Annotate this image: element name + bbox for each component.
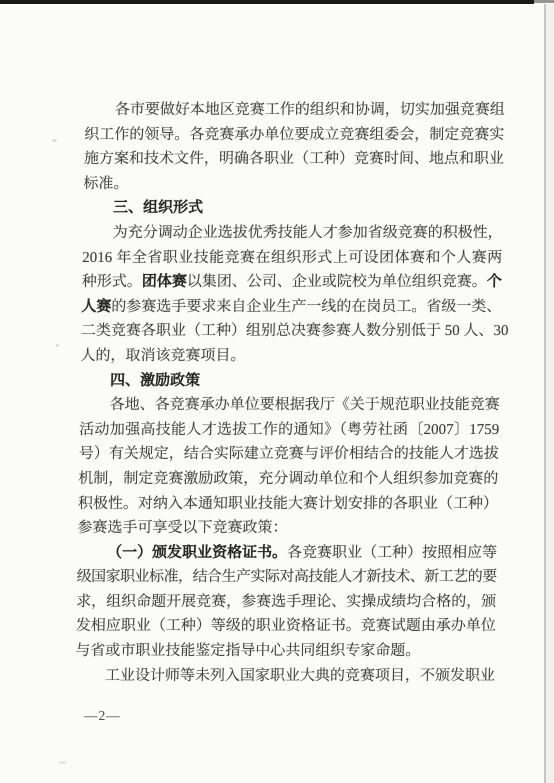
text-line: 人的，取消该竞赛项目。 — [80, 344, 500, 369]
text-line: 级国家职业标准，结合生产实际对高技能人才新技术、新工艺的要 — [76, 565, 496, 590]
text-segment: 为充分调动企业选拔优秀技能人才参加省级竞赛的积极性， — [113, 225, 503, 241]
text-segment: 的参赛选手要求来自企业生产一线的在岗员工。省级一类、 — [111, 299, 501, 315]
text-line: 标准。 — [83, 172, 503, 197]
text-segment: 求，组织命题开展竞赛，参赛选手理论、实操成绩均合格的，颁 — [76, 594, 496, 610]
page-number: —2— — [84, 708, 121, 724]
text-segment-bold: （一）颁发职业资格证书。 — [107, 545, 287, 561]
text-segment: 以集团、公司、企业或院校为单位组织竞赛。 — [187, 274, 487, 290]
text-segment: 织工作的领导。各竞赛承办单位要成立竞赛组委会，制定竞赛实 — [84, 127, 504, 143]
text-segment: 级国家职业标准，结合生产实际对高技能人才新技术、新工艺的要 — [76, 569, 496, 585]
text-line: 积极性。对纳入本通知职业技能大赛计划安排的各职业（工种） — [78, 492, 498, 517]
text-segment: 2016 年全省职业技能竞赛在组织形式上可设团体赛和个人赛两 — [82, 250, 502, 266]
text-segment: 机制，制定竞赛激励政策，充分调动单位和个人组织参加竞赛的 — [78, 471, 498, 487]
text-line: 人赛的参赛选手要求来自企业生产一线的在岗员工。省级一类、 — [81, 295, 501, 320]
text-segment-bold: 个 — [487, 274, 502, 290]
text-line: 求，组织命题开展竞赛，参赛选手理论、实操成绩均合格的，颁 — [76, 590, 496, 615]
text-segment: 发相应职业（工种）等级的职业资格证书。竞赛试题由承办单位 — [76, 618, 496, 634]
text-line: 种形式。团体赛以集团、公司、企业或院校为单位组织竞赛。个 — [82, 270, 502, 295]
text-segment: 与省或市职业技能鉴定指导中心共同组织专家命题。 — [75, 643, 420, 659]
scan-speck — [56, 344, 59, 347]
text-line: 四、激励政策 — [80, 369, 500, 394]
text-segment: 各地、各竞赛承办单位要根据我厅《关于规范职业技能竞赛 — [109, 397, 499, 413]
text-segment: 施方案和技术文件，明确各职业（工种）竞赛时间、地点和职业 — [84, 151, 504, 167]
text-segment: 活动加强高技能人才选拔工作的通知》（粤劳社函〔2007〕1759 — [79, 422, 499, 438]
text-line: 号）有关规定，结合实际建立竞赛与评价相结合的技能人才选拔 — [79, 442, 499, 467]
text-line: 各市要做好本地区竞赛工作的组织和协调，切实加强竞赛组 — [85, 98, 505, 123]
document-text: 各市要做好本地区竞赛工作的组织和协调，切实加强竞赛组织工作的领导。各竞赛承办单位… — [75, 98, 505, 688]
text-line: 2016 年全省职业技能竞赛在组织形式上可设团体赛和个人赛两 — [82, 246, 502, 271]
text-segment: 种形式。 — [82, 274, 142, 290]
text-segment: 二类竞赛各职业（工种）组别总决赛参赛人数分别低于 50 人、30 — [81, 323, 509, 339]
text-segment: 标准。 — [83, 176, 128, 192]
text-line: （一）颁发职业资格证书。各竞赛职业（工种）按照相应等 — [77, 541, 497, 566]
text-segment-bold: 团体赛 — [142, 274, 187, 290]
scan-speck — [58, 761, 67, 764]
text-line: 施方案和技术文件，明确各职业（工种）竞赛时间、地点和职业 — [84, 147, 504, 172]
text-segment: 各市要做好本地区竞赛工作的组织和协调，切实加强竞赛组 — [115, 102, 505, 118]
text-line: 二类竞赛各职业（工种）组别总决赛参赛人数分别低于 50 人、30 — [81, 319, 501, 344]
text-line: 织工作的领导。各竞赛承办单位要成立竞赛组委会，制定竞赛实 — [84, 123, 504, 148]
text-segment-bold: 人赛 — [81, 299, 111, 315]
text-line: 三、组织形式 — [83, 196, 503, 221]
text-segment: 各竞赛职业（工种）按照相应等 — [287, 545, 497, 561]
text-line: 工业设计师等未列入国家职业大典的竞赛项目，不颁发职业 — [75, 664, 495, 689]
scan-edge-strip-light — [534, 0, 554, 3]
scan-edge-strip — [0, 0, 534, 4]
text-segment: 参赛选手可享受以下竞赛政策： — [77, 520, 287, 536]
text-segment: 工业设计师等未列入国家职业大典的竞赛项目，不颁发职业 — [105, 668, 495, 684]
text-line: 活动加强高技能人才选拔工作的通知》（粤劳社函〔2007〕1759 — [79, 418, 499, 443]
scan-speck — [52, 139, 57, 142]
text-line: 发相应职业（工种）等级的职业资格证书。竞赛试题由承办单位 — [76, 614, 496, 639]
text-segment: 人的，取消该竞赛项目。 — [80, 348, 245, 364]
text-line: 各地、各竞赛承办单位要根据我厅《关于规范职业技能竞赛 — [79, 393, 499, 418]
text-line: 与省或市职业技能鉴定指导中心共同组织专家命题。 — [75, 639, 495, 664]
scanned-document-page: 各市要做好本地区竞赛工作的组织和协调，切实加强竞赛组织工作的领导。各竞赛承办单位… — [0, 0, 554, 783]
text-line: 机制，制定竞赛激励政策，充分调动单位和个人组织参加竞赛的 — [78, 467, 498, 492]
text-line: 参赛选手可享受以下竞赛政策： — [77, 516, 497, 541]
text-segment-bold: 四、激励政策 — [110, 373, 200, 389]
text-segment: 积极性。对纳入本通知职业技能大赛计划安排的各职业（工种） — [78, 496, 498, 512]
paper-edge-margin — [546, 4, 554, 783]
text-segment-bold: 三、组织形式 — [113, 200, 203, 216]
text-line: 为充分调动企业选拔优秀技能人才参加省级竞赛的积极性， — [82, 221, 502, 246]
text-segment: 号）有关规定，结合实际建立竞赛与评价相结合的技能人才选拔 — [79, 446, 499, 462]
